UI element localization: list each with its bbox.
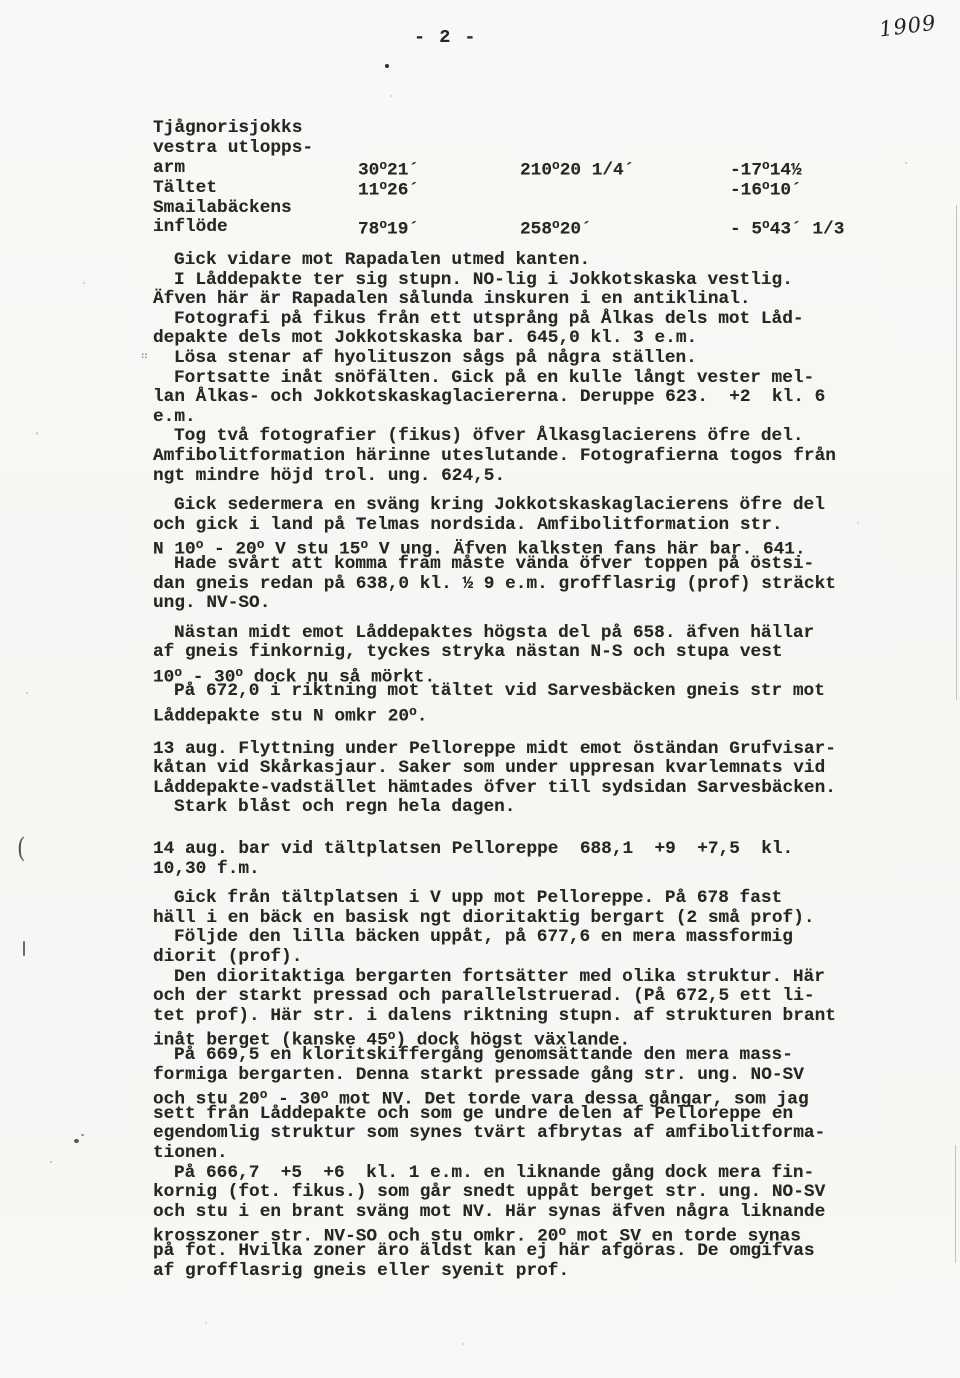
scan-speck xyxy=(205,1322,207,1324)
text-line: Tog två fotografier (fikus) öfver Ålkasg… xyxy=(153,427,893,447)
diary-body-text: Gick vidare mot Rapadalen utmed kanten.I… xyxy=(153,251,893,1281)
text-line: lan Ålkas- och Jokkotskaskaglaciererna. … xyxy=(153,388,893,408)
scan-edge-line xyxy=(956,205,957,700)
text-line: dan gneis redan på 638,0 kl. ½ 9 e.m. gr… xyxy=(153,575,893,595)
text-line: tionen. xyxy=(153,1144,893,1164)
text-line: egendomlig struktur som synes tvärt afbr… xyxy=(153,1124,893,1144)
scan-speck xyxy=(83,282,85,284)
text-line: Låddepakte stu N omkr 20o. xyxy=(153,702,893,722)
text-line: 13 aug. Flyttning under Pelloreppe midt … xyxy=(153,740,893,760)
text-line: Gick från tältplatsen i V upp mot Pellor… xyxy=(153,889,893,909)
text-line: på fot. Hvilka zoner äro äldst kan ej hä… xyxy=(153,1242,893,1262)
text-line: krosszoner str. NV-SO och stu omkr. 20o … xyxy=(153,1222,893,1242)
text-line: diorit (prof). xyxy=(153,948,893,968)
text-line: och der starkt pressad och parallelstrue… xyxy=(153,987,893,1007)
bearing-measurements-table: Tjågnorisjokksvestra utlopps-arm30o21´21… xyxy=(153,118,913,237)
text-line: och gick i land på Telmas nordsida. Amfi… xyxy=(153,516,893,536)
stray-ink-dot xyxy=(385,64,389,68)
text-line: Äfven här är Rapadalen sålunda inskuren … xyxy=(153,290,893,310)
text-line: ung. NV-SO. xyxy=(153,594,893,614)
text-line: tet prof). Här str. i dalens riktning st… xyxy=(153,1007,893,1027)
table-row: vestra utlopps- xyxy=(153,138,913,158)
station-label: arm xyxy=(153,158,185,178)
text-line: af grofflasrig gneis eller syenit prof. xyxy=(153,1262,893,1282)
scan-speck xyxy=(857,522,859,524)
table-row: Tältet11o26´-16o10´ xyxy=(153,178,913,198)
text-line: depakte dels mot Jokkotskaska bar. 645,0… xyxy=(153,329,893,349)
text-line: ngt mindre höjd trol. ung. 624,5. xyxy=(153,467,893,487)
scan-speck xyxy=(26,692,28,694)
text-line: och stu i en brant sväng mot NV. Här syn… xyxy=(153,1203,893,1223)
text-line: N 10o - 20o V stu 15o V ung. Äfven kalks… xyxy=(153,535,893,555)
station-label: Tältet xyxy=(153,178,217,198)
table-row: arm30o21´210o20 1/4´-17o14½ xyxy=(153,158,913,178)
text-line: inåt berget (kanske 45o) dock högst växl… xyxy=(153,1026,893,1046)
margin-bar-mark xyxy=(23,941,25,956)
scan-speck xyxy=(74,1139,79,1143)
scan-speck xyxy=(390,95,392,97)
scan-speck xyxy=(50,1161,52,1163)
text-line: Gick sedermera en sväng kring Jokkotskas… xyxy=(153,496,893,516)
text-line: I Låddepakte ter sig stupn. NO-lig i Jok… xyxy=(153,271,893,291)
text-line: Följde den lilla bäcken uppåt, på 677,6 … xyxy=(153,928,893,948)
text-line: Den dioritaktiga bergarten fortsätter me… xyxy=(153,968,893,988)
station-label: Tjågnorisjokks xyxy=(153,118,302,138)
text-line: Lösa stenar af hyolituszon sågs på några… xyxy=(153,349,893,369)
scan-speck xyxy=(462,1343,464,1345)
bearing-value: - 5o43´ 1/3 xyxy=(730,217,844,239)
document-page: - 2 - 1909 Tjågnorisjokksvestra utlopps-… xyxy=(0,0,960,1378)
text-line: Amfibolitformation härinne uteslutande. … xyxy=(153,447,893,467)
scan-speck xyxy=(905,162,907,164)
text-line: af gneis finkornig, tyckes stryka nästan… xyxy=(153,643,893,663)
text-line: häll i en bäck en basisk ngt dioritaktig… xyxy=(153,909,893,929)
text-line: Fortsatte inåt snöfälten. Gick på en kul… xyxy=(153,369,893,389)
text-line: 10o - 30o dock nu så mörkt. xyxy=(153,663,893,683)
text-line: kornig (fot. fikus.) som går snedt uppåt… xyxy=(153,1183,893,1203)
bearing-value: 78o19´ xyxy=(358,217,419,239)
margin-paren-mark: ( xyxy=(17,833,25,864)
text-line: Hade svårt att komma fram måste vända öf… xyxy=(153,555,893,575)
station-label: Smailabäckens xyxy=(153,198,292,218)
text-line: På 669,5 en kloritskiffergång genomsätta… xyxy=(153,1046,893,1066)
text-line: kåtan vid Skårkasjaur. Saker som under u… xyxy=(153,759,893,779)
page-number: - 2 - xyxy=(414,27,477,48)
text-line: På 666,7 +5 +6 kl. 1 e.m. en liknande gå… xyxy=(153,1164,893,1184)
stray-colon-mark: :: xyxy=(141,351,148,361)
text-line: Nästan midt emot Låddepaktes högsta del … xyxy=(153,624,893,644)
scan-speck xyxy=(81,1134,84,1136)
scan-speck xyxy=(248,1187,250,1189)
station-label: inflöde xyxy=(153,217,228,237)
text-line: och stu 20o - 30o mot NV. Det torde vara… xyxy=(153,1085,893,1105)
text-line: Stark blåst och regn hela dagen. xyxy=(153,798,893,818)
bearing-value: 258o20´ xyxy=(520,217,592,239)
text-line: formiga bergarten. Denna starkt pressade… xyxy=(153,1066,893,1086)
station-label: vestra utlopps- xyxy=(153,138,313,158)
text-line: 14 aug. bar vid tältplatsen Pelloreppe 6… xyxy=(153,840,893,860)
text-line: På 672,0 i riktning mot tältet vid Sarve… xyxy=(153,682,893,702)
table-row: inflöde78o19´258o20´- 5o43´ 1/3 xyxy=(153,217,913,237)
scan-edge-line xyxy=(955,1145,956,1263)
text-line: 10,30 f.m. xyxy=(153,860,893,880)
text-line: e.m. xyxy=(153,408,893,428)
handwritten-year-note: 1909 xyxy=(878,11,938,42)
scan-speck xyxy=(36,432,38,435)
text-line: Låddepakte-vadstället hämtades öfver til… xyxy=(153,779,893,799)
table-row: Tjågnorisjokks xyxy=(153,118,913,138)
text-line: Fotografi på fikus från ett utsprång på … xyxy=(153,310,893,330)
text-line: Gick vidare mot Rapadalen utmed kanten. xyxy=(153,251,893,271)
text-line: sett från Låddepakte och som ge undre de… xyxy=(153,1105,893,1125)
table-row: Smailabäckens xyxy=(153,198,913,218)
